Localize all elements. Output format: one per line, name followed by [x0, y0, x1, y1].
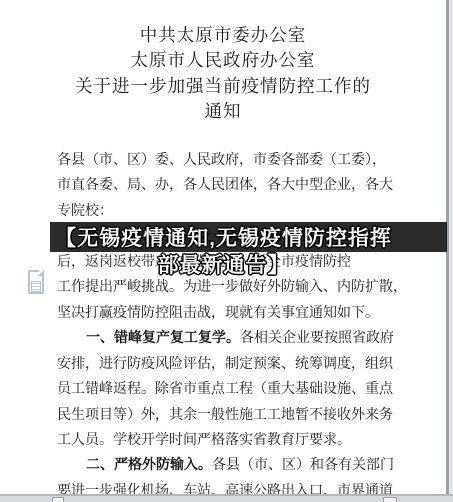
body-line: 工作提出严峻挑战。为进一步做好外防输入、内防扩散，: [57, 275, 393, 300]
body-line: 员工错峰返程。除省市重点工程（重大基础设施、重点: [57, 377, 393, 402]
body-line: 工人员。学校开学时间严格落实省教育厅要求。: [57, 428, 393, 453]
title-line: 关于进一步加强当前疫情防控工作的: [57, 74, 389, 99]
body-line-heading: 一、错峰复产复工复学。: [86, 331, 240, 346]
scroll-handle-right[interactable]: [383, 497, 397, 502]
scroll-handle-left[interactable]: [52, 497, 64, 502]
body-line: 民生项目等）外，其余一般性施工工地暂不接收外来务: [57, 403, 393, 428]
body-line: 一、错峰复产复工复学。各相关企业要按照省政府: [57, 326, 393, 351]
title-line: 通知: [57, 99, 389, 124]
body-line: 安排，进行防疫风险评估，制定预案、统筹调度，组织: [57, 352, 393, 377]
watermark-text: 【无锡疫情通知,无锡疫情防控指挥 部最新通告】: [0, 226, 447, 279]
watermark-line-1: 【无锡疫情通知,无锡疫情防控指挥: [0, 226, 447, 253]
title-line: 太原市人民政府办公室: [57, 48, 389, 73]
body-line: 二、严格外防输入。各县（市、区）和各有关部门: [57, 453, 393, 478]
document-viewer: 中共太原市委办公室太原市人民政府办公室关于进一步加强当前疫情防控工作的通知 各县…: [0, 0, 453, 502]
body-line: 各县（市、区）委、人民政府，市委各部委（工委），: [57, 148, 393, 173]
body-line-heading: 二、严格外防输入。: [86, 458, 212, 473]
document-text-lines: [31, 281, 41, 292]
body-line: 专院校：: [57, 199, 393, 224]
body-line: 市直各委、局、办，各人民团体，各大中型企业，各大: [57, 173, 393, 198]
watermark-line-2: 部最新通告】: [0, 253, 447, 280]
title-line: 中共太原市委办公室: [57, 23, 389, 48]
notice-title: 中共太原市委办公室太原市人民政府办公室关于进一步加强当前疫情防控工作的通知: [57, 23, 389, 124]
body-line: 坚决打赢疫情防控阻击战，现就有关事宜通知如下。: [57, 301, 393, 326]
page-right-edge-shadow: [449, 0, 453, 496]
notice-body: 各县（市、区）委、人民政府，市委各部委（工委），市直各委、局、办，各人民团体，各…: [57, 148, 393, 502]
